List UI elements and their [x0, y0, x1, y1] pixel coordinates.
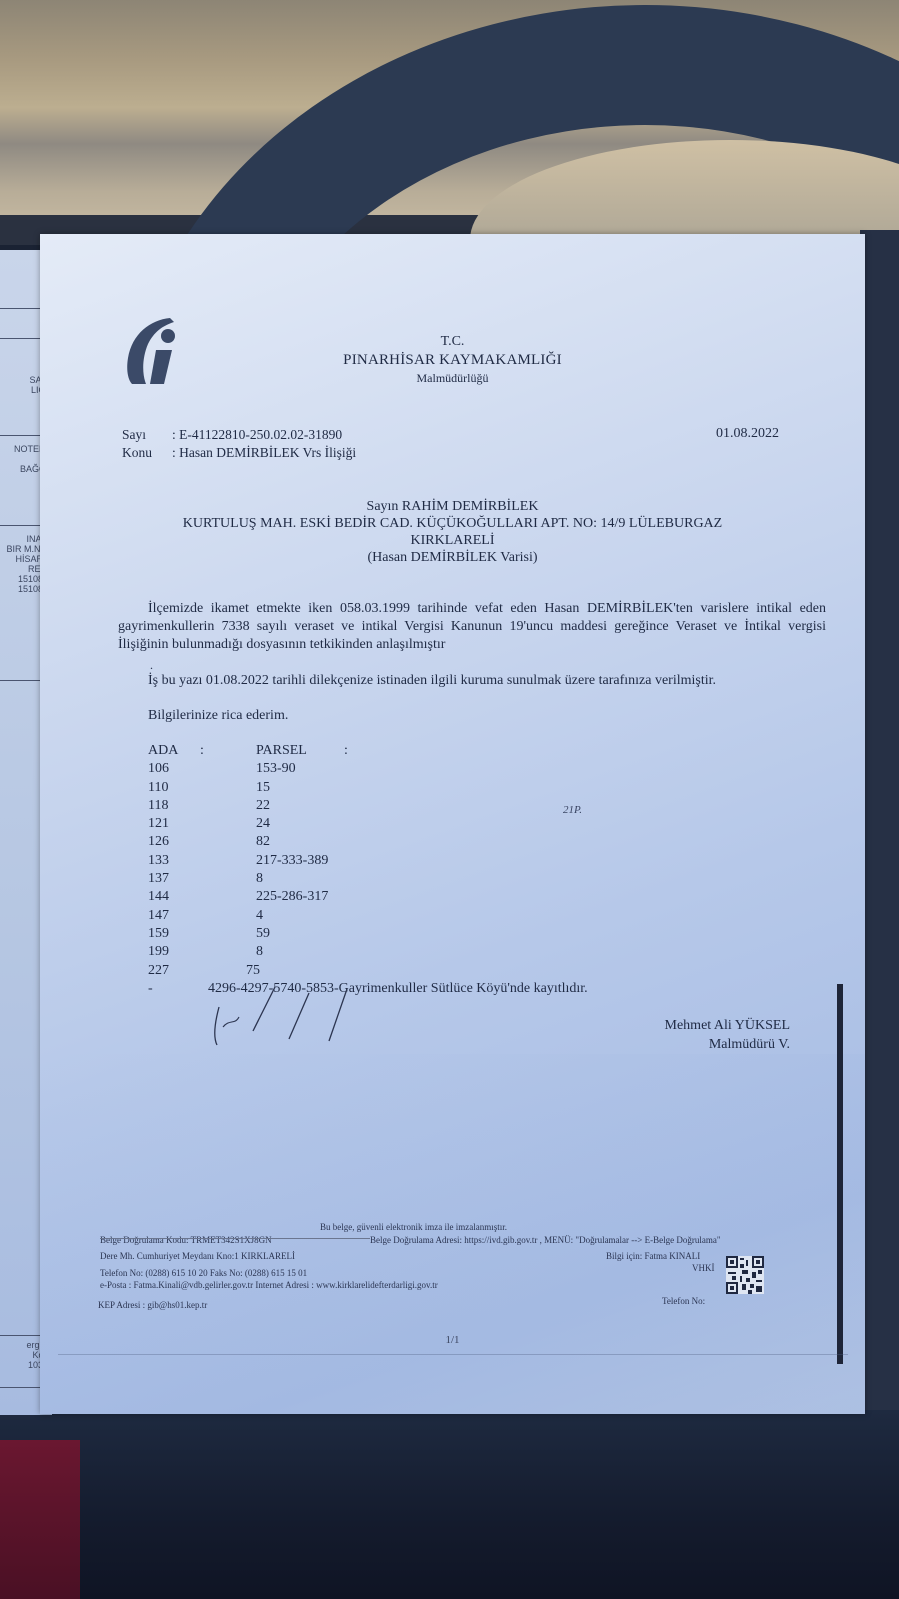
e-signature-note: Bu belge, güvenli elektronik imza ile im…: [320, 1222, 507, 1232]
car-interior: [0, 1410, 899, 1599]
parcel-table-row: 1378: [148, 870, 588, 888]
sayi-label: Sayı: [122, 427, 172, 443]
office-address: Dere Mh. Cumhuriyet Meydanı Kno:1 KIRKLA…: [100, 1251, 295, 1261]
recipient-city: KIRKLARELİ: [40, 532, 865, 549]
handwritten-margin-note: 21P.: [563, 804, 582, 816]
parcel-table-header: ADA : PARSEL :: [148, 742, 588, 760]
parcel-table-row: 15959: [148, 925, 588, 943]
document-date: 01.08.2022: [716, 426, 779, 442]
recipient-name: Sayın RAHİM DEMİRBİLEK: [40, 498, 865, 515]
cell-parsel: 4: [256, 907, 263, 925]
cell-parsel: 15: [256, 779, 270, 797]
cell-ada: 144: [148, 888, 256, 906]
official-letter: T.C. PINARHİSAR KAYMAKAMLIĞI Malmüdürlüğ…: [40, 234, 865, 1414]
parcel-table-row: 106153-90: [148, 760, 588, 778]
parcel-table-row: 11015: [148, 779, 588, 797]
divider: [100, 1238, 370, 1239]
col-colon: :: [344, 742, 348, 760]
info-contact: Bilgi için: Fatma KINALI: [606, 1251, 700, 1261]
parcel-table-row: 12124: [148, 815, 588, 833]
parcel-table-row: 144225-286-317: [148, 888, 588, 906]
phone-label: Telefon No:: [662, 1296, 705, 1306]
parcel-table-row: 1474: [148, 907, 588, 925]
col-parsel: PARSEL: [256, 742, 344, 760]
parcel-table: ADA : PARSEL : 106153-901101511822121241…: [148, 742, 588, 998]
parcel-table-row: 11822: [148, 797, 588, 815]
kep-address: KEP Adresi : gib@hs01.kep.tr: [98, 1300, 207, 1310]
cell-ada: 106: [148, 760, 256, 778]
cell-ada: 147: [148, 907, 256, 925]
phone-fax: Telefon No: (0288) 615 10 20 Faks No: (0…: [100, 1268, 307, 1278]
body-paragraph-1: İlçemizde ikamet etmekte iken 058.03.199…: [118, 600, 826, 654]
page-number: 1/1: [40, 1334, 865, 1346]
col-colon: :: [200, 742, 256, 760]
cell-ada: 137: [148, 870, 256, 888]
cell-parsel: 217-333-389: [256, 852, 328, 870]
cell-ada: 159: [148, 925, 256, 943]
konu-label: Konu: [122, 445, 172, 461]
cell-parsel: 22: [256, 797, 270, 815]
cell-parsel: 8: [256, 943, 263, 961]
verification-code: Belge Doğrulama Kodu: TRMET342S1XJ8GN: [100, 1235, 272, 1245]
red-seat: [0, 1440, 80, 1599]
cell-ada: 133: [148, 852, 256, 870]
konu-value: : Hasan DEMİRBİLEK Vrs İlişiği: [172, 445, 356, 460]
body-closing: Bilgilerinize rica ederim.: [118, 707, 826, 725]
handwritten-strikes: [205, 967, 365, 1047]
meta-konu: Konu: Hasan DEMİRBİLEK Vrs İlişiği: [122, 445, 356, 461]
col-ada: ADA: [148, 742, 200, 760]
cell-ada: 126: [148, 833, 256, 851]
paper-shading: [40, 1054, 865, 1414]
email-web: e-Posta : Fatma.Kinali@vdb.gelirler.gov.…: [100, 1280, 438, 1290]
recipient-address: KURTULUŞ MAH. ESKİ BEDİR CAD. KÜÇÜKOĞULL…: [40, 515, 865, 532]
paper-edge-shadow: [837, 984, 843, 1364]
cell-parsel: 24: [256, 815, 270, 833]
steering-wheel-right: [860, 230, 899, 1430]
cell-parsel: 8: [256, 870, 263, 888]
cell-ada: 199: [148, 943, 256, 961]
parcel-table-row: 12682: [148, 833, 588, 851]
cell-parsel: 225-286-317: [256, 888, 328, 906]
signatory-name: Mehmet Ali YÜKSEL: [540, 1016, 790, 1035]
divider: [58, 1354, 848, 1355]
cell-ada: 110: [148, 779, 256, 797]
cell-parsel: 59: [256, 925, 270, 943]
parcel-table-row: 133217-333-389: [148, 852, 588, 870]
meta-sayi: Sayı: E-41122810-250.02.02-31890: [122, 427, 342, 443]
info-contact-title: VHKİ: [692, 1263, 715, 1273]
qr-code-icon: [726, 1256, 764, 1294]
stray-dot: .: [150, 658, 153, 673]
cell-ada: -: [148, 980, 208, 998]
parcel-table-row: 1998: [148, 943, 588, 961]
header-institution: PINARHİSAR KAYMAKAMLIĞI: [40, 352, 865, 369]
header-tc: T.C.: [40, 334, 865, 350]
body-paragraph-2: İş bu yazı 01.08.2022 tarihli dilekçeniz…: [118, 672, 826, 690]
cell-parsel: 153-90: [256, 760, 296, 778]
cell-parsel: 82: [256, 833, 270, 851]
header-department: Malmüdürlüğü: [40, 371, 865, 386]
sayi-value: : E-41122810-250.02.02-31890: [172, 427, 342, 442]
cell-ada: 121: [148, 815, 256, 833]
cell-ada: 118: [148, 797, 256, 815]
signatory-title: Malmüdürü V.: [540, 1035, 790, 1054]
recipient-note: (Hasan DEMİRBİLEK Varisi): [40, 549, 865, 566]
verification-address: Belge Doğrulama Adresi: https://ivd.gib.…: [370, 1235, 721, 1245]
